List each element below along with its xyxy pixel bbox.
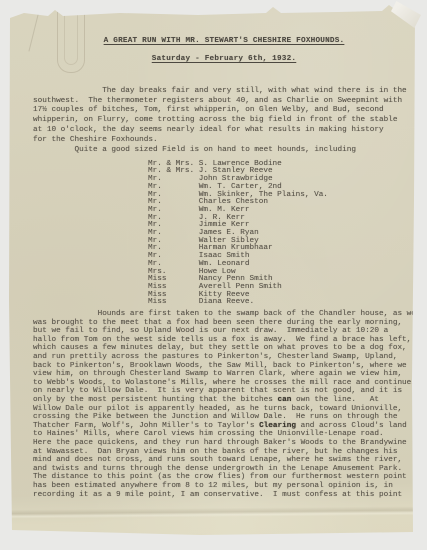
- photo-background: A GREAT RUN WITH MR. STEWART'S CHESHIRE …: [0, 0, 427, 550]
- attendee-list: Mr. & Mrs. S. Lawrence BodineMr. & Mrs. …: [148, 161, 415, 307]
- fold-crease: [9, 506, 413, 519]
- field-intro-line: Quite a good sized Field is on hand to m…: [33, 146, 415, 156]
- document-page: A GREAT RUN WITH MR. STEWART'S CHESHIRE …: [0, 0, 427, 550]
- date-line: Saturday - February 6th, 1932.: [33, 54, 415, 64]
- page-title: A GREAT RUN WITH MR. STEWART'S CHESHIRE …: [33, 36, 415, 46]
- list-item: Miss Diana Reeve.: [148, 299, 415, 307]
- run-narrative-paragraph: Hounds are first taken to the swamp back…: [33, 310, 415, 499]
- page-title-text: A GREAT RUN WITH MR. STEWART'S CHESHIRE …: [104, 37, 345, 45]
- opening-paragraph: The day breaks fair and very still, with…: [33, 87, 415, 145]
- typewritten-content: A GREAT RUN WITH MR. STEWART'S CHESHIRE …: [33, 36, 415, 499]
- date-text: Saturday - February 6th, 1932.: [152, 55, 296, 63]
